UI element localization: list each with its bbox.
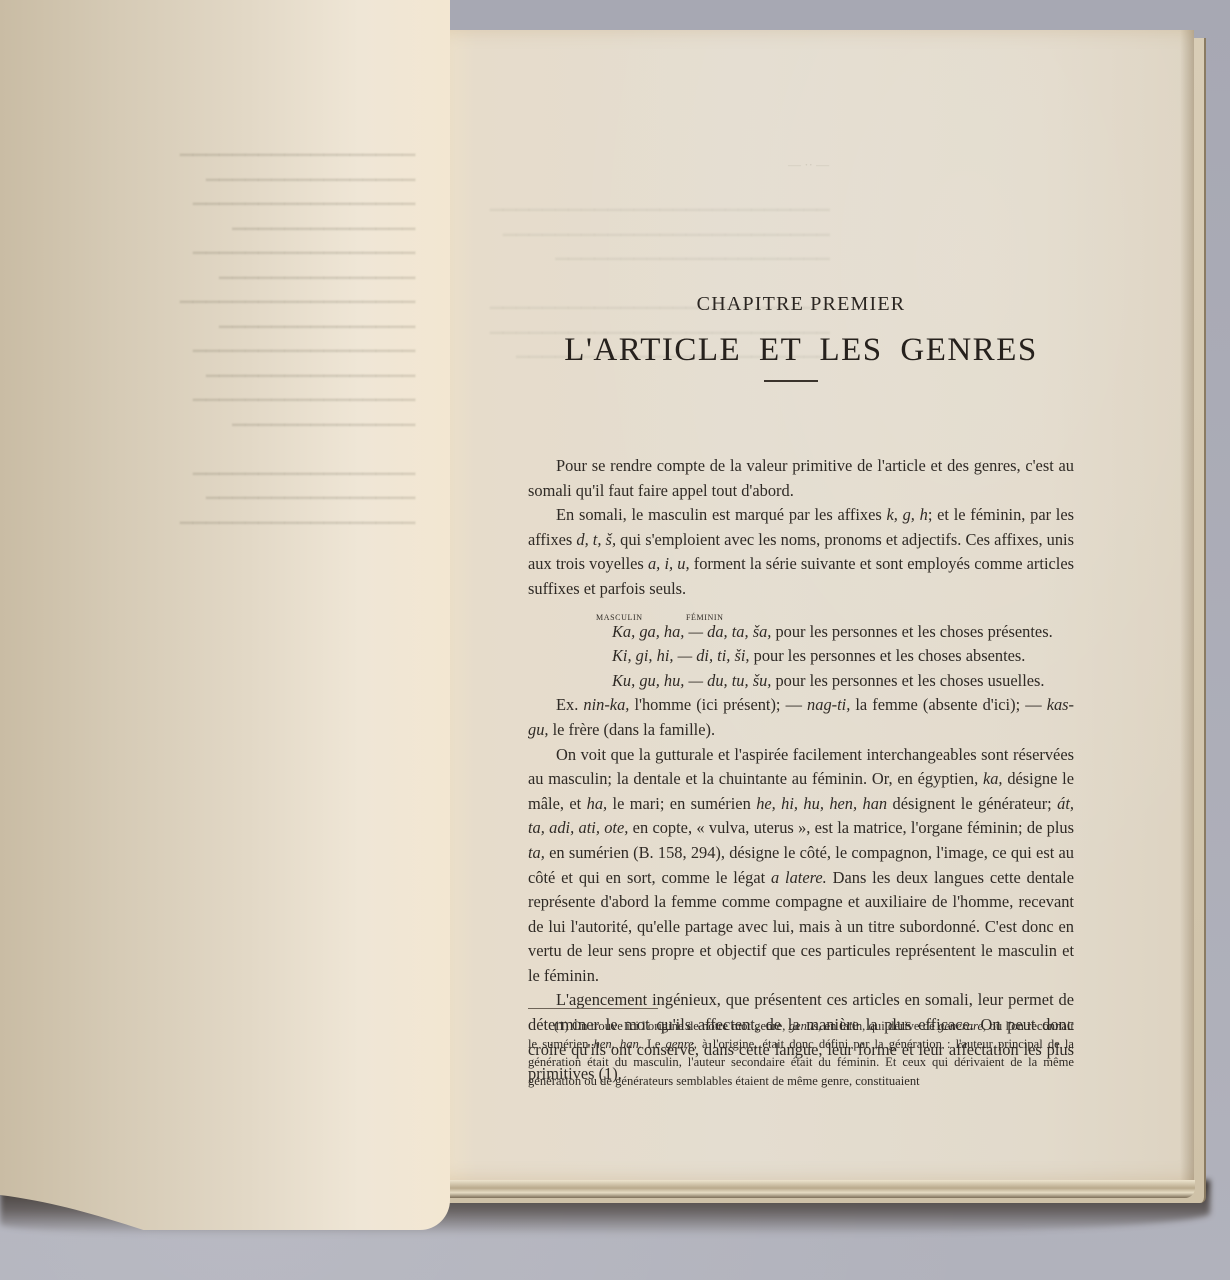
header-feminin: FÉMININ [686, 606, 724, 631]
paragraph-1: Pour se rendre compte de la valeur primi… [528, 454, 1074, 503]
show-through-text: ▁▁▁▁▁▁▁▁▁▁▁▁▁▁▁▁▁▁ ▁▁▁▁▁▁▁▁▁▁▁▁▁▁▁▁ ▁▁▁▁… [180, 135, 415, 527]
paragraph-4: On voit que la gutturale et l'aspirée fa… [528, 743, 1074, 989]
right-page: ▁▁▁▁▁▁▁▁▁▁▁▁▁▁▁▁▁▁▁▁▁▁▁▁▁▁ ▁▁▁▁▁▁▁▁▁▁▁▁▁… [430, 30, 1194, 1180]
left-page: ▁▁▁▁▁▁▁▁▁▁▁▁▁▁▁▁▁▁ ▁▁▁▁▁▁▁▁▁▁▁▁▁▁▁▁ ▁▁▁▁… [0, 0, 450, 1230]
page-stack-bottom-edge [430, 1180, 1195, 1198]
chapter-label: CHAPITRE PREMIER [528, 293, 1074, 316]
footnote-rule [528, 1008, 658, 1009]
chapter-title: L'ARTICLE ET LES GENRES [528, 332, 1074, 369]
article-table-header: MASCULIN FÉMININ [528, 604, 1074, 620]
article-row: Ki, gi, hi, — di, ti, ši, pour les perso… [528, 644, 1074, 669]
footnotes: (1) On trouve ici l'origine de notre mot… [528, 1017, 1074, 1090]
header-masculin: MASCULIN [596, 606, 643, 631]
title-rule [764, 380, 818, 382]
paragraph-3: Ex. nin-ka, l'homme (ici présent); — nag… [528, 693, 1074, 742]
page-number-show-through: — ·· — [788, 157, 829, 173]
article-row: Ku, gu, hu, — du, tu, šu, pour les perso… [528, 669, 1074, 694]
footnote-1: (1) On trouve ici l'origine de notre mot… [528, 1017, 1074, 1090]
paragraph-2: En somali, le masculin est marqué par le… [528, 503, 1074, 601]
body-text: Pour se rendre compte de la valeur primi… [528, 454, 1074, 1087]
